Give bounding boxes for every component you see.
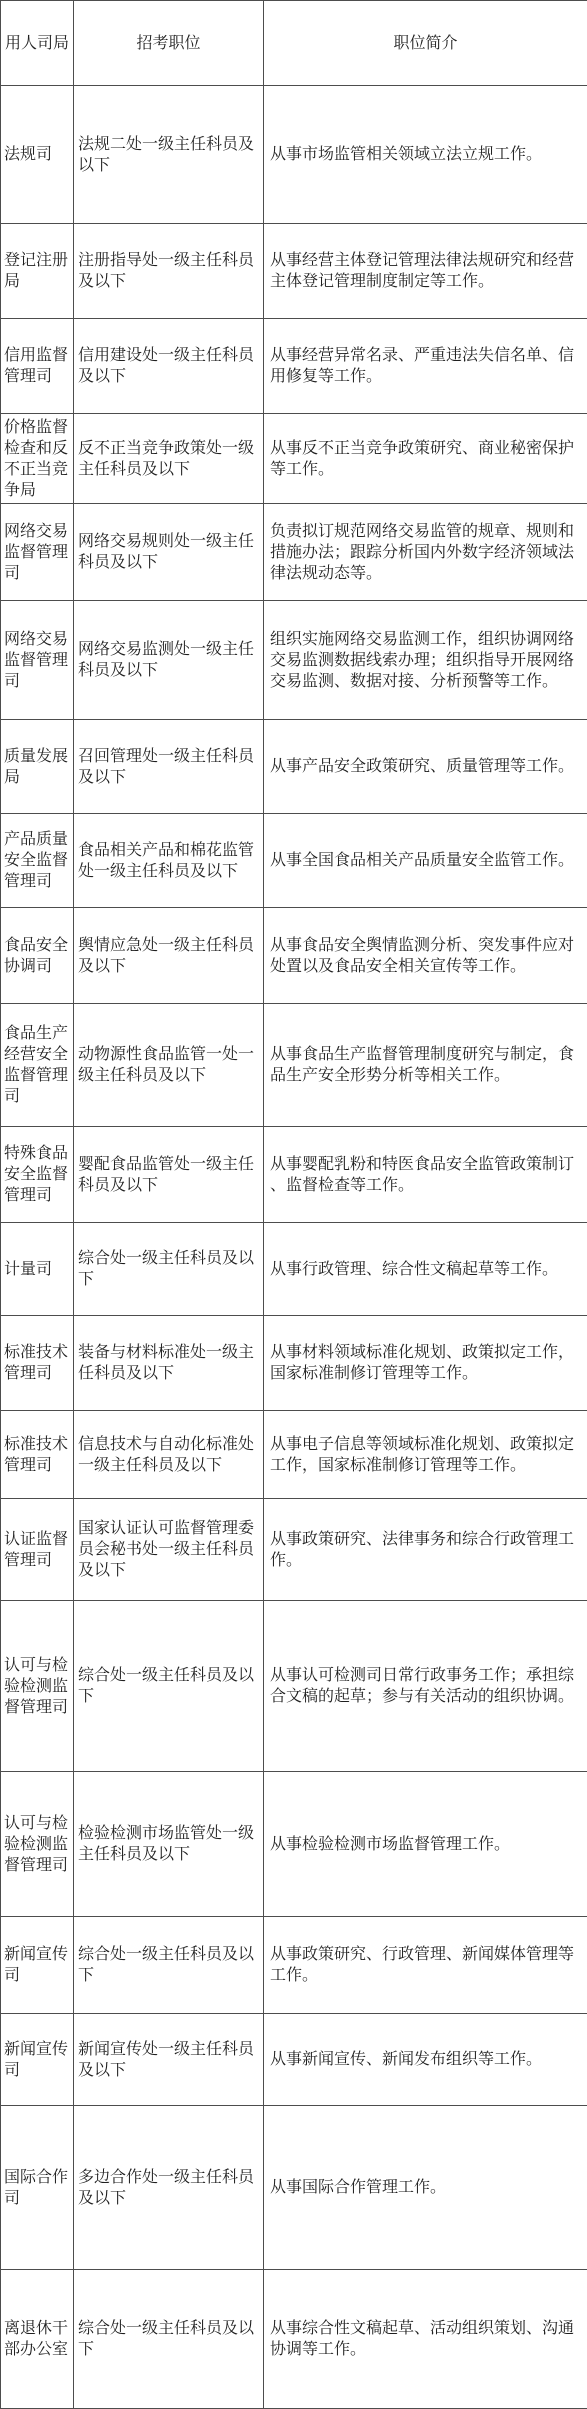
description-cell: 从事政策研究、行政管理、新闻媒体管理等工作。 xyxy=(264,1917,587,2014)
department-cell: 标准技术管理司 xyxy=(1,1411,74,1499)
department-cell: 标准技术管理司 xyxy=(1,1316,74,1411)
description-cell: 组织实施网络交易监测工作，组织协调网络交易监测数据线索办理；组织指导开展网络交易… xyxy=(264,601,587,720)
table-row: 标准技术管理司 装备与材料标准处一级主任科员及以下 从事材料领域标准化规划、政策… xyxy=(1,1316,587,1411)
position-cell: 召回管理处一级主任科员及以下 xyxy=(74,720,264,814)
department-cell: 质量发展局 xyxy=(1,720,74,814)
table-row: 新闻宣传司 综合处一级主任科员及以下 从事政策研究、行政管理、新闻媒体管理等工作… xyxy=(1,1917,587,2014)
description-cell: 从事行政管理、综合性文稿起草等工作。 xyxy=(264,1223,587,1316)
table-row: 国际合作司 多边合作处一级主任科员及以下 从事国际合作管理工作。 xyxy=(1,2106,587,2270)
position-cell: 多边合作处一级主任科员及以下 xyxy=(74,2106,264,2270)
col-header-department: 用人司局 xyxy=(1,1,74,86)
description-cell: 从事经营主体登记管理法律法规研究和经营主体登记管理制度制定等工作。 xyxy=(264,224,587,319)
col-header-description: 职位简介 xyxy=(264,1,587,86)
position-cell: 反不正当竞争政策处一级主任科员及以下 xyxy=(74,414,264,504)
position-cell: 综合处一级主任科员及以下 xyxy=(74,1917,264,2014)
table-row: 特殊食品安全监督管理司 婴配食品监管处一级主任科员及以下 从事婴配乳粉和特医食品… xyxy=(1,1127,587,1223)
table-row: 法规司 法规二处一级主任科员及以下 从事市场监管相关领域立法立规工作。 xyxy=(1,86,587,224)
job-positions-page: 用人司局 招考职位 职位简介 法规司 法规二处一级主任科员及以下 从事市场监管相… xyxy=(0,0,587,2409)
description-cell: 从事食品安全舆情监测分析、突发事件应对处置以及食品安全相关宣传等工作。 xyxy=(264,908,587,1004)
position-cell: 舆情应急处一级主任科员及以下 xyxy=(74,908,264,1004)
position-cell: 信用建设处一级主任科员及以下 xyxy=(74,319,264,414)
position-cell: 注册指导处一级主任科员及以下 xyxy=(74,224,264,319)
department-cell: 认证监督管理司 xyxy=(1,1499,74,1601)
department-cell: 网络交易监督管理司 xyxy=(1,504,74,601)
table-row: 认可与检验检测监督管理司 综合处一级主任科员及以下 从事认可检测司日常行政事务工… xyxy=(1,1601,587,1772)
department-cell: 产品质量安全监督管理司 xyxy=(1,814,74,908)
table-row: 计量司 综合处一级主任科员及以下 从事行政管理、综合性文稿起草等工作。 xyxy=(1,1223,587,1316)
description-cell: 从事反不正当竞争政策研究、商业秘密保护等工作。 xyxy=(264,414,587,504)
table-row: 认证监督管理司 国家认证认可监督管理委员会秘书处一级主任科员及以下 从事政策研究… xyxy=(1,1499,587,1601)
position-cell: 法规二处一级主任科员及以下 xyxy=(74,86,264,224)
header-row: 用人司局 招考职位 职位简介 xyxy=(1,1,587,86)
description-cell: 从事食品生产监督管理制度研究与制定，食品生产安全形势分析等相关工作。 xyxy=(264,1004,587,1127)
description-cell: 从事国际合作管理工作。 xyxy=(264,2106,587,2270)
description-cell: 从事检验检测市场监督管理工作。 xyxy=(264,1772,587,1917)
department-cell: 法规司 xyxy=(1,86,74,224)
position-cell: 信息技术与自动化标准处一级主任科员及以下 xyxy=(74,1411,264,1499)
department-cell: 网络交易监督管理司 xyxy=(1,601,74,720)
position-cell: 食品相关产品和棉花监管处一级主任科员及以下 xyxy=(74,814,264,908)
table-row: 产品质量安全监督管理司 食品相关产品和棉花监管处一级主任科员及以下 从事全国食品… xyxy=(1,814,587,908)
description-cell: 从事材料领域标准化规划、政策拟定工作，国家标准制修订管理等工作。 xyxy=(264,1316,587,1411)
description-cell: 从事经营异常名录、严重违法失信名单、信用修复等工作。 xyxy=(264,319,587,414)
department-cell: 食品安全协调司 xyxy=(1,908,74,1004)
position-cell: 装备与材料标准处一级主任科员及以下 xyxy=(74,1316,264,1411)
department-cell: 认可与检验检测监督管理司 xyxy=(1,1601,74,1772)
description-cell: 从事电子信息等领域标准化规划、政策拟定工作，国家标准制修订管理等工作。 xyxy=(264,1411,587,1499)
table-row: 食品安全协调司 舆情应急处一级主任科员及以下 从事食品安全舆情监测分析、突发事件… xyxy=(1,908,587,1004)
description-cell: 从事政策研究、法律事务和综合行政管理工作。 xyxy=(264,1499,587,1601)
department-cell: 新闻宣传司 xyxy=(1,2014,74,2106)
position-cell: 综合处一级主任科员及以下 xyxy=(74,2270,264,2409)
department-cell: 特殊食品安全监督管理司 xyxy=(1,1127,74,1223)
position-cell: 动物源性食品监管一处一级主任科员及以下 xyxy=(74,1004,264,1127)
department-cell: 登记注册局 xyxy=(1,224,74,319)
description-cell: 从事市场监管相关领域立法立规工作。 xyxy=(264,86,587,224)
table-row: 价格监督检查和反不正当竞争局 反不正当竞争政策处一级主任科员及以下 从事反不正当… xyxy=(1,414,587,504)
table-row: 标准技术管理司 信息技术与自动化标准处一级主任科员及以下 从事电子信息等领域标准… xyxy=(1,1411,587,1499)
position-cell: 国家认证认可监督管理委员会秘书处一级主任科员及以下 xyxy=(74,1499,264,1601)
department-cell: 新闻宣传司 xyxy=(1,1917,74,2014)
description-cell: 从事新闻宣传、新闻发布组织等工作。 xyxy=(264,2014,587,2106)
description-cell: 从事产品安全政策研究、质量管理等工作。 xyxy=(264,720,587,814)
department-cell: 国际合作司 xyxy=(1,2106,74,2270)
table-row: 登记注册局 注册指导处一级主任科员及以下 从事经营主体登记管理法律法规研究和经营… xyxy=(1,224,587,319)
table-row: 网络交易监督管理司 网络交易监测处一级主任科员及以下 组织实施网络交易监测工作，… xyxy=(1,601,587,720)
description-cell: 从事婴配乳粉和特医食品安全监管政策制订、监督检查等工作。 xyxy=(264,1127,587,1223)
position-cell: 检验检测市场监管处一级主任科员及以下 xyxy=(74,1772,264,1917)
department-cell: 离退休干部办公室 xyxy=(1,2270,74,2409)
table-row: 新闻宣传司 新闻宣传处一级主任科员及以下 从事新闻宣传、新闻发布组织等工作。 xyxy=(1,2014,587,2106)
department-cell: 认可与检验检测监督管理司 xyxy=(1,1772,74,1917)
table-row: 质量发展局 召回管理处一级主任科员及以下 从事产品安全政策研究、质量管理等工作。 xyxy=(1,720,587,814)
table-row: 食品生产经营安全监督管理司 动物源性食品监管一处一级主任科员及以下 从事食品生产… xyxy=(1,1004,587,1127)
department-cell: 食品生产经营安全监督管理司 xyxy=(1,1004,74,1127)
department-cell: 计量司 xyxy=(1,1223,74,1316)
position-cell: 婴配食品监管处一级主任科员及以下 xyxy=(74,1127,264,1223)
position-cell: 综合处一级主任科员及以下 xyxy=(74,1601,264,1772)
description-cell: 从事认可检测司日常行政事务工作；承担综合文稿的起草；参与有关活动的组织协调。 xyxy=(264,1601,587,1772)
description-cell: 负责拟订规范网络交易监管的规章、规则和措施办法；跟踪分析国内外数字经济领域法律法… xyxy=(264,504,587,601)
job-positions-table: 用人司局 招考职位 职位简介 法规司 法规二处一级主任科员及以下 从事市场监管相… xyxy=(0,0,587,2409)
table-row: 网络交易监督管理司 网络交易规则处一级主任科员及以下 负责拟订规范网络交易监管的… xyxy=(1,504,587,601)
position-cell: 新闻宣传处一级主任科员及以下 xyxy=(74,2014,264,2106)
table-row: 信用监督管理司 信用建设处一级主任科员及以下 从事经营异常名录、严重违法失信名单… xyxy=(1,319,587,414)
department-cell: 信用监督管理司 xyxy=(1,319,74,414)
position-cell: 网络交易规则处一级主任科员及以下 xyxy=(74,504,264,601)
col-header-position: 招考职位 xyxy=(74,1,264,86)
position-cell: 网络交易监测处一级主任科员及以下 xyxy=(74,601,264,720)
table-row: 离退休干部办公室 综合处一级主任科员及以下 从事综合性文稿起草、活动组织策划、沟… xyxy=(1,2270,587,2409)
description-cell: 从事综合性文稿起草、活动组织策划、沟通协调等工作。 xyxy=(264,2270,587,2409)
department-cell: 价格监督检查和反不正当竞争局 xyxy=(1,414,74,504)
description-cell: 从事全国食品相关产品质量安全监管工作。 xyxy=(264,814,587,908)
position-cell: 综合处一级主任科员及以下 xyxy=(74,1223,264,1316)
table-row: 认可与检验检测监督管理司 检验检测市场监管处一级主任科员及以下 从事检验检测市场… xyxy=(1,1772,587,1917)
